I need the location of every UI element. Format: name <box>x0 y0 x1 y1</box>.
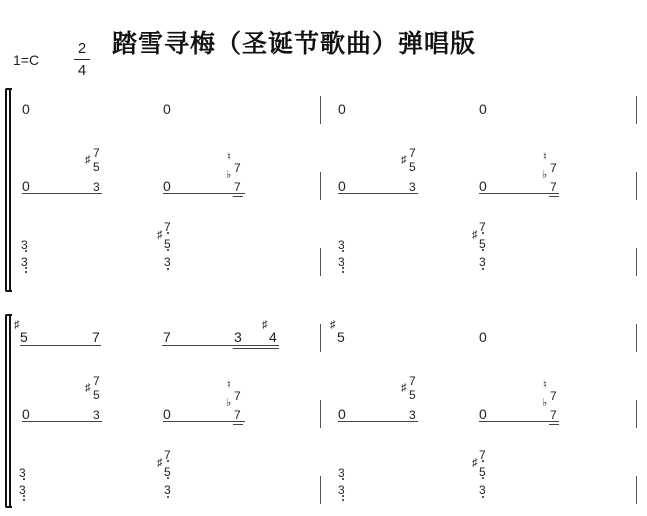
beam <box>163 193 245 194</box>
system-2-brace <box>5 314 12 508</box>
rest: 0 <box>338 407 346 421</box>
sharp-icon: ♯ <box>157 230 163 241</box>
chord-note: 7 <box>93 146 100 160</box>
chord-note: 7 <box>234 180 241 194</box>
barline <box>636 248 637 276</box>
low-dot <box>482 268 484 270</box>
chord-note: 5 <box>409 388 416 402</box>
beam <box>549 424 559 425</box>
s2-melody-note: 3 <box>234 330 242 344</box>
beam <box>162 345 279 346</box>
chord-note: 3 <box>409 408 416 422</box>
barline <box>636 324 637 352</box>
bass-note: 3 <box>164 483 171 497</box>
sharp-icon: ♯ <box>262 320 268 331</box>
score-title: 踏雪寻梅（圣诞节歌曲）弹唱版 <box>112 24 476 60</box>
chord-note: 7 <box>93 374 100 388</box>
barline <box>320 324 321 352</box>
chord-note: 7 <box>550 180 557 194</box>
low-dot <box>167 249 169 251</box>
low-dot <box>482 477 484 479</box>
low-dot <box>23 478 25 480</box>
sharp-icon: ♯ <box>85 383 91 394</box>
beam <box>22 421 102 422</box>
low-dot <box>167 460 169 462</box>
chord-note: 7 <box>550 408 557 422</box>
chord-note: 5 <box>93 160 100 174</box>
natural-icon: ♮ <box>543 380 547 391</box>
rest: 0 <box>163 179 171 193</box>
chord-note: 3 <box>93 180 100 194</box>
barline <box>636 96 637 124</box>
sharp-icon: ♯ <box>330 320 336 331</box>
barline <box>320 400 321 428</box>
barline <box>320 476 321 504</box>
s2-melody-note: 7 <box>92 330 100 344</box>
s2-melody-note: 4 <box>269 330 277 344</box>
chord-note: 7 <box>550 389 557 403</box>
sharp-icon: ♯ <box>157 458 163 469</box>
sharp-icon: ♯ <box>472 458 478 469</box>
chord-note: 5 <box>93 388 100 402</box>
rest: 0 <box>22 407 30 421</box>
beam <box>233 424 243 425</box>
barline <box>320 172 321 200</box>
flat-icon: ♭ <box>542 398 547 409</box>
chord-note: 7 <box>409 146 416 160</box>
low-dot <box>167 232 169 234</box>
s2-melody-note: 5 <box>20 330 28 344</box>
beam <box>22 193 102 194</box>
chord-note: 7 <box>550 161 557 175</box>
sharp-icon: ♯ <box>401 155 407 166</box>
bass-note: 3 <box>164 255 171 269</box>
s2-melody-note: 7 <box>163 330 171 344</box>
s2-melody-note: 0 <box>479 330 487 344</box>
low-dot <box>167 268 169 270</box>
beam <box>479 421 559 422</box>
time-signature: 2 4 <box>74 40 90 79</box>
low-dot <box>482 460 484 462</box>
s2-melody-note: 5 <box>337 330 345 344</box>
rest: 0 <box>338 179 346 193</box>
chord-note: 5 <box>409 160 416 174</box>
barline <box>636 476 637 504</box>
chord-note: 7 <box>409 374 416 388</box>
s1-melody-note: 0 <box>479 102 487 116</box>
low-dot <box>342 271 344 273</box>
barline <box>320 96 321 124</box>
sharp-icon: ♯ <box>14 320 20 331</box>
flat-icon: ♭ <box>226 170 231 181</box>
barline <box>636 400 637 428</box>
beam <box>479 193 559 194</box>
beam <box>233 196 243 197</box>
bass-note: 3 <box>479 255 486 269</box>
s1-melody-note: 0 <box>338 102 346 116</box>
rest: 0 <box>479 407 487 421</box>
rest: 0 <box>479 179 487 193</box>
flat-icon: ♭ <box>226 398 231 409</box>
low-dot <box>342 267 344 269</box>
natural-icon: ♮ <box>227 380 231 391</box>
rest: 0 <box>163 407 171 421</box>
beam <box>338 193 418 194</box>
beam <box>233 348 279 349</box>
bass-note: 3 <box>479 483 486 497</box>
s1-melody-note: 0 <box>163 102 171 116</box>
chord-note: 3 <box>409 180 416 194</box>
low-dot <box>342 478 344 480</box>
low-dot <box>167 477 169 479</box>
barline <box>636 172 637 200</box>
natural-icon: ♮ <box>543 152 547 163</box>
beam <box>338 421 418 422</box>
beam <box>20 345 101 346</box>
flat-icon: ♭ <box>542 170 547 181</box>
beam <box>549 196 559 197</box>
time-bottom: 4 <box>78 62 86 79</box>
system-1-brace <box>5 88 12 292</box>
low-dot <box>342 499 344 501</box>
low-dot <box>482 496 484 498</box>
chord-note: 7 <box>234 389 241 403</box>
low-dot <box>25 267 27 269</box>
chord-note: 7 <box>234 161 241 175</box>
low-dot <box>25 250 27 252</box>
low-dot <box>23 499 25 501</box>
sharp-icon: ♯ <box>401 383 407 394</box>
time-top: 2 <box>78 40 86 57</box>
rest: 0 <box>22 179 30 193</box>
low-dot <box>167 496 169 498</box>
low-dot <box>482 232 484 234</box>
low-dot <box>482 249 484 251</box>
chord-note: 3 <box>93 408 100 422</box>
time-line <box>74 59 90 60</box>
low-dot <box>342 495 344 497</box>
low-dot <box>23 495 25 497</box>
key-signature: 1=C <box>13 52 39 68</box>
chord-note: 7 <box>234 408 241 422</box>
natural-icon: ♮ <box>227 152 231 163</box>
s1-melody-note: 0 <box>22 102 30 116</box>
low-dot <box>342 250 344 252</box>
beam <box>163 421 245 422</box>
low-dot <box>25 271 27 273</box>
sharp-icon: ♯ <box>472 230 478 241</box>
barline <box>320 248 321 276</box>
sharp-icon: ♯ <box>85 155 91 166</box>
